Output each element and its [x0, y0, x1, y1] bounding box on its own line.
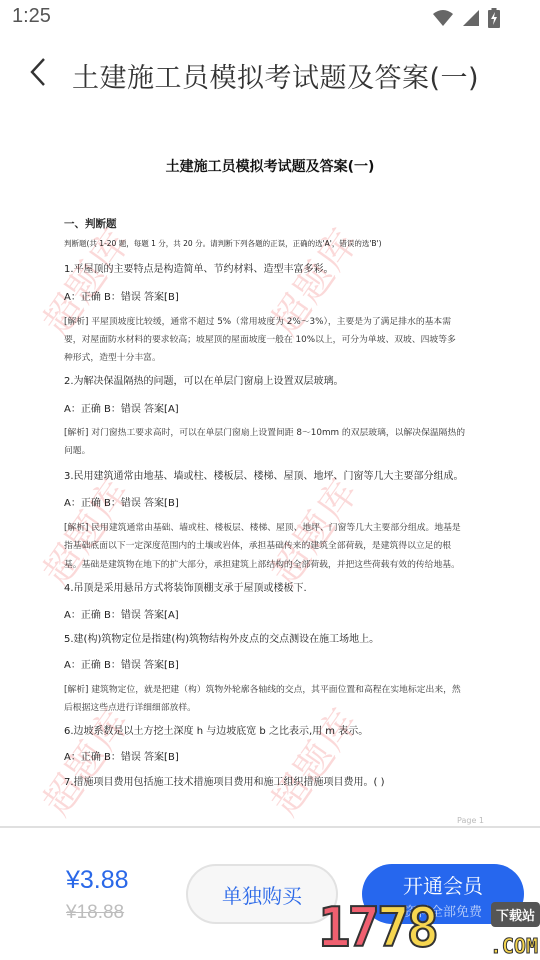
explanation-text: 基。基础是建筑物在地下的扩大部分，承担建筑上部结构的全部荷载，并把这些荷载有效的… [64, 557, 460, 570]
site-logo-overlay: 1778 下载站 .COM [318, 896, 540, 960]
buy-single-label: 单独购买 [222, 880, 302, 909]
explanation-text: 指基础底面以下一定深度范围内的土壤或岩体，承担基础传来的建筑全部荷载，是建筑得以… [64, 538, 451, 551]
answer-text: A：正确 B：错误 答案[A] [64, 400, 179, 415]
status-bar: 1:25 [0, 0, 540, 36]
question-text: 6.边坡系数是以土方挖土深度 h 与边坡底宽 b 之比表示,用 m 表示。 [64, 722, 368, 737]
logo-digits-yellow: 78 [377, 896, 436, 959]
question-text: 3.民用建筑通常由地基、墙或柱、楼板层、楼梯、屋顶、地坪、门窗等几大主要部分组成… [64, 467, 464, 482]
battery-charging-icon [488, 8, 500, 32]
watermark: 超题库 [255, 695, 369, 825]
explanation-text: 要，对屋面防水材料的要求较高；坡屋顶的屋面坡度一般在 10%以上，可分为单坡、双… [64, 332, 456, 345]
question-text: 1.平屋顶的主要特点是构造简单、节约材料、造型丰富多彩。 [64, 260, 334, 275]
question-text: 7.措施项目费用包括施工技术措施项目费用和施工组织措施项目费用。( ) [64, 773, 385, 788]
instruction-text: 判断题(共 1-20 题，每题 1 分，共 20 分。请判断下列各题的正误，正确… [64, 238, 382, 249]
answer-text: A：正确 B：错误 答案[B] [64, 494, 179, 509]
logo-digits-red: 17 [318, 896, 377, 959]
explanation-text: [解析] 平屋顶坡度比较缓，通常不超过 5%（常用坡度为 2%～3%），主要是为… [64, 314, 451, 327]
explanation-text: [解析] 建筑物定位，就是把建（构）筑物外轮廓各轴线的交点，其平面位置和高程在实… [64, 682, 461, 695]
original-price: ¥18.88 [66, 902, 124, 924]
explanation-text: 后根据这些点进行详细细部放样。 [64, 700, 196, 713]
current-price: ¥3.88 [66, 866, 129, 895]
app-header: 土建施工员模拟考试题及答案(一) [0, 36, 540, 112]
question-text: 4.吊顶是采用悬吊方式将装饰顶棚支承于屋顶或楼板下. [64, 579, 307, 594]
document-title: 土建施工员模拟考试题及答案(一) [22, 156, 518, 176]
answer-text: A：正确 B：错误 答案[B] [64, 748, 179, 763]
wifi-icon [432, 9, 454, 31]
logo-tag: 下载站 [491, 902, 540, 927]
question-text: 2.为解决保温隔热的问题，可以在单层门窗扇上设置双层玻璃。 [64, 372, 344, 387]
page-title: 土建施工员模拟考试题及答案(一) [72, 56, 479, 95]
document-preview[interactable]: 超题库 超题库 超题库 超题库 超题库 超题库 土建施工员模拟考试题及答案(一)… [22, 112, 518, 827]
logo-digits: 1778 [318, 896, 436, 960]
status-icons [432, 8, 500, 32]
chevron-left-icon [29, 57, 47, 91]
explanation-text: 问题。 [64, 443, 90, 456]
buy-single-button[interactable]: 单独购买 [186, 864, 338, 924]
cellular-signal-icon [462, 9, 480, 31]
answer-text: A：正确 B：错误 答案[B] [64, 656, 179, 671]
logo-domain: .COM [490, 934, 538, 958]
answer-text: A：正确 B：错误 答案[A] [64, 606, 179, 621]
explanation-text: 种形式，造型十分丰富。 [64, 350, 161, 363]
explanation-text: [解析] 对门窗热工要求高时，可以在单层门窗扇上设置间距 8～10mm 的双层玻… [64, 425, 465, 438]
question-text: 5.建(构)筑物定位是指建(构)筑物结构外皮点的交点测设在施工场地上。 [64, 630, 379, 645]
answer-text: A：正确 B：错误 答案[B] [64, 288, 179, 303]
status-time: 1:25 [12, 5, 51, 28]
explanation-text: [解析] 民用建筑通常由基础、墙或柱、楼板层、楼梯、屋顶、地坪、门窗等几大主要部… [64, 520, 461, 533]
vip-label: 开通会员 [362, 870, 524, 899]
page-number: Page 1 [457, 816, 484, 825]
section-heading: 一、判断题 [64, 216, 117, 231]
back-button[interactable] [22, 54, 54, 94]
